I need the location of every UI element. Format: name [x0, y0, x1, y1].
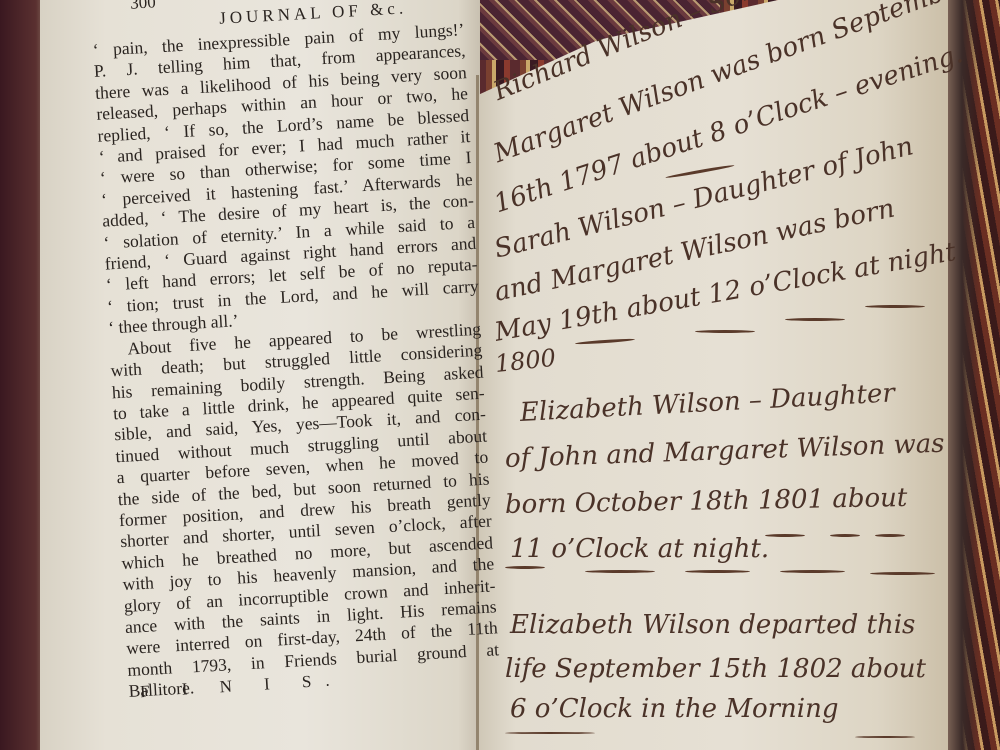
dash-stroke: [785, 318, 845, 321]
handwritten-line: 11 o’Clock at night.: [510, 534, 769, 564]
dash-stroke: [695, 330, 755, 333]
dash-stroke: [780, 570, 845, 573]
dash-stroke: [765, 534, 805, 537]
dash-stroke: [685, 570, 750, 573]
page-number: 300: [130, 0, 157, 14]
dash-stroke: [875, 534, 905, 537]
printed-body: ‘ pain, the inexpressible pain of my lun…: [92, 19, 500, 702]
handwritten-line: Elizabeth Wilson departed this: [510, 610, 915, 640]
handwritten-line: 6 o’Clock in the Morning: [510, 694, 839, 724]
dash-stroke: [830, 534, 860, 537]
dash-stroke: [505, 566, 545, 569]
dash-stroke: [870, 572, 935, 575]
dash-stroke: [865, 305, 925, 308]
dash-stroke: [585, 570, 655, 573]
dash-stroke: [505, 732, 595, 734]
dash-stroke: [855, 736, 915, 738]
handwritten-line: life September 15th 1802 about: [505, 654, 926, 684]
